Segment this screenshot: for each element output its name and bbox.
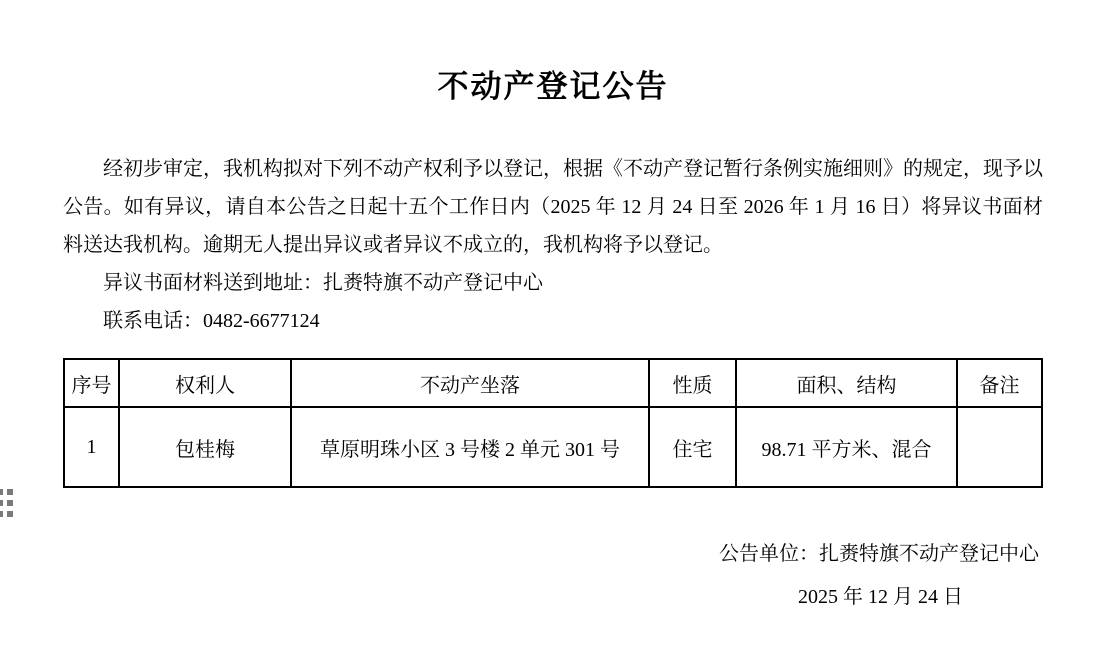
dot [7, 511, 13, 517]
dot [7, 489, 13, 495]
page-title: 不动产登记公告 [63, 0, 1043, 106]
cell-seq: 1 [64, 407, 119, 487]
dot [7, 500, 13, 506]
announcement-paragraph: 经初步审定，我机构拟对下列不动产权利予以登记，根据《不动产登记暂行条例实施细则》… [63, 150, 1043, 264]
column-header-area-structure: 面积、结构 [736, 359, 957, 407]
date-line: 2025 年 12 月 24 日 [63, 583, 1043, 611]
table-header-row: 序号 权利人 不动产坐落 性质 面积、结构 备注 [64, 359, 1042, 407]
table-row: 1 包桂梅 草原明珠小区 3 号楼 2 单元 301 号 住宅 98.71 平方… [64, 407, 1042, 487]
phone-line: 联系电话：0482-6677124 [63, 302, 1043, 340]
issuer-line: 公告单位：扎赉特旗不动产登记中心 [63, 540, 1043, 568]
announcement-document: 不动产登记公告 经初步审定，我机构拟对下列不动产权利予以登记，根据《不动产登记暂… [0, 0, 1106, 671]
cell-nature: 住宅 [649, 407, 736, 487]
cell-holder: 包桂梅 [119, 407, 291, 487]
cell-location: 草原明珠小区 3 号楼 2 单元 301 号 [291, 407, 649, 487]
address-line: 异议书面材料送到地址：扎赉特旗不动产登记中心 [63, 264, 1043, 302]
dot [0, 489, 3, 495]
dot [0, 511, 3, 517]
column-header-seq: 序号 [64, 359, 119, 407]
cell-area-structure: 98.71 平方米、混合 [736, 407, 957, 487]
column-header-location: 不动产坐落 [291, 359, 649, 407]
footer: 公告单位：扎赉特旗不动产登记中心 2025 年 12 月 24 日 [63, 540, 1043, 611]
dot [0, 500, 3, 506]
cell-remark [957, 407, 1042, 487]
column-header-remark: 备注 [957, 359, 1042, 407]
registration-table: 序号 权利人 不动产坐落 性质 面积、结构 备注 1 包桂梅 草原明珠小区 3 … [63, 358, 1043, 488]
column-header-holder: 权利人 [119, 359, 291, 407]
column-header-nature: 性质 [649, 359, 736, 407]
left-edge-dots-artifact [0, 489, 13, 517]
